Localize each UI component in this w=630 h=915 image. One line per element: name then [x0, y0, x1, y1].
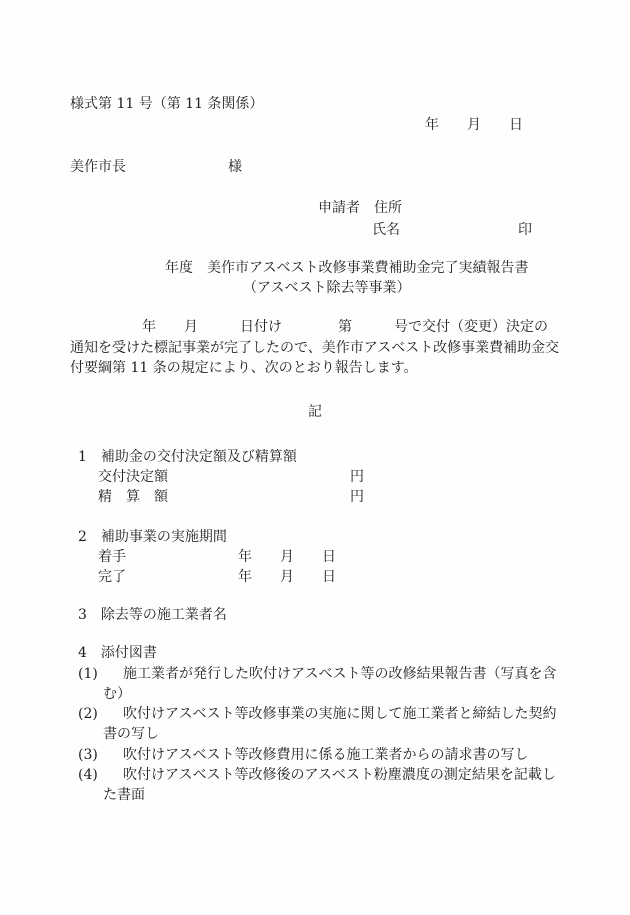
completion-date-row: 完了 年 月 日: [98, 567, 336, 587]
attachment-item-1-continuation: む）: [103, 684, 131, 704]
start-date-row: 着手 年 月 日: [98, 547, 336, 567]
record-marker: 記: [308, 402, 322, 422]
grant-decision-amount-row: 交付決定額 円: [98, 467, 364, 487]
attachment-item-4-continuation: た書面: [103, 785, 145, 805]
body-line-2: 通知を受けた標記事業が完了したので、美作市アスベスト改修事業費補助金交: [70, 338, 559, 358]
addressee-honorific: 様: [228, 157, 242, 177]
applicant-address-line: 申請者 住所: [318, 198, 402, 218]
section-4-heading: 4 添付図書: [78, 643, 157, 663]
attachment-item-2-text: 吹付けアスベスト等改修事業の実施に関して施工業者と締結した契約: [123, 704, 556, 724]
document-page: 様式第 11 号（第 11 条関係） 年 月 日 美作市長 様 申請者 住所 氏…: [0, 0, 630, 915]
date-line: 年 月 日: [425, 115, 523, 135]
attachment-item-3-number: (3): [78, 745, 98, 765]
document-title-line-1: 年度 美作市アスベスト改修事業費補助金完了実績報告書: [165, 258, 528, 278]
seal-label: 印: [518, 220, 532, 240]
attachment-item-1-text: 施工業者が発行した吹付けアスベスト等の改修結果報告書（写真を含: [123, 664, 556, 684]
attachment-item-4-text: 吹付けアスベスト等改修後のアスベスト粉塵濃度の測定結果を記載し: [123, 765, 556, 785]
section-1-heading: 1 補助金の交付決定額及び精算額: [78, 447, 297, 467]
attachment-item-2-continuation: 書の写し: [103, 724, 159, 744]
attachment-item-2-number: (2): [78, 704, 98, 724]
body-line-3: 付要綱第 11 条の規定により、次のとおり報告します。: [70, 358, 418, 378]
section-3-heading: 3 除去等の施工業者名: [78, 605, 227, 625]
attachment-item-4-number: (4): [78, 765, 98, 785]
addressee-name: 美作市長: [70, 157, 126, 177]
section-2-heading: 2 補助事業の実施期間: [78, 527, 227, 547]
attachment-item-1-number: (1): [78, 664, 98, 684]
settlement-amount-row: 精 算 額 円: [98, 487, 364, 507]
applicant-name-label: 氏名: [372, 220, 400, 240]
body-line-1: 年 月 日付け 第 号で交付（変更）決定の: [142, 317, 548, 337]
document-title-line-2: （アスベスト除去等事業）: [243, 278, 410, 298]
attachment-item-3-text: 吹付けアスベスト等改修費用に係る施工業者からの請求書の写し: [123, 745, 528, 765]
form-number: 様式第 11 号（第 11 条関係）: [70, 94, 263, 114]
